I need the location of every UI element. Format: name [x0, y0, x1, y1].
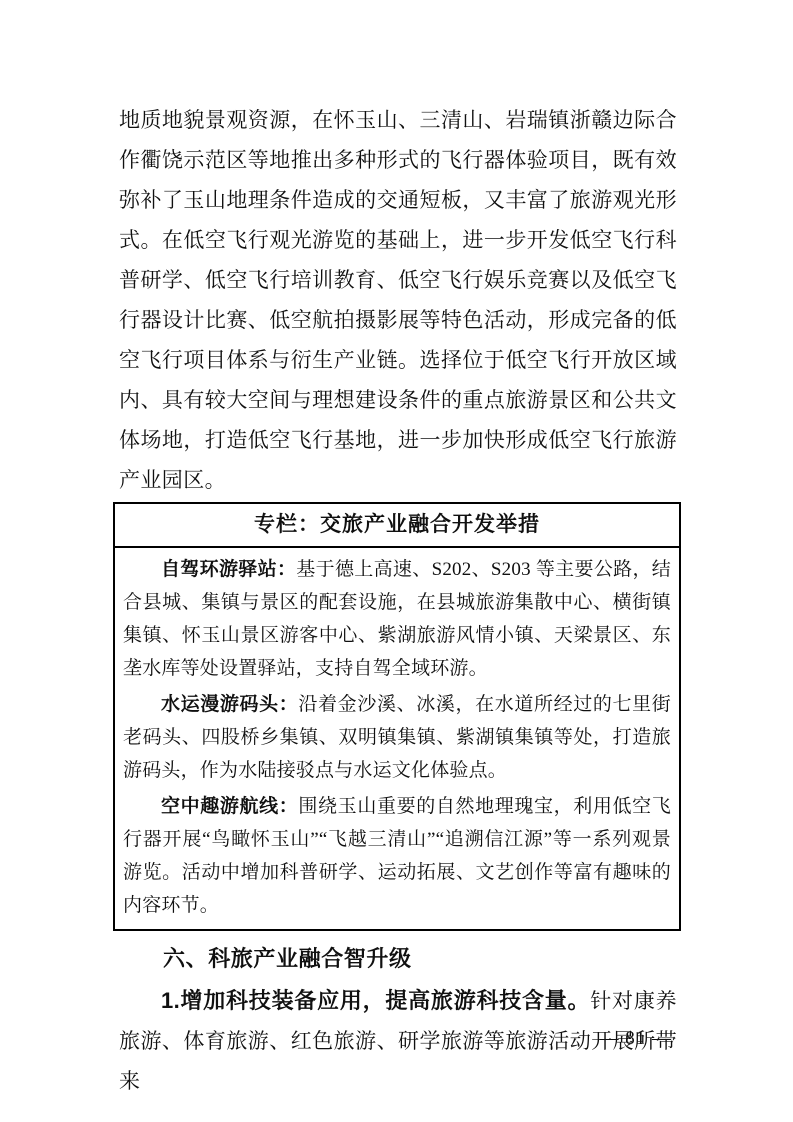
- paragraph-low-altitude-tourism: 地质地貌景观资源，在怀玉山、三清山、岩瑞镇浙赣边际合作衢饶示范区等地推出多种形式…: [119, 100, 677, 500]
- column-box: 专栏：交旅产业融合开发举措 自驾环游驿站：基于德上高速、S202、S203 等主…: [113, 502, 681, 931]
- box-item-label: 空中趣游航线：: [161, 796, 298, 817]
- section-heading-six: 六、科旅产业融合智升级: [119, 942, 677, 976]
- page-number: — 81 —: [600, 1028, 673, 1050]
- text-column: 地质地貌景观资源，在怀玉山、三清山、岩瑞镇浙赣边际合作衢饶示范区等地推出多种形式…: [119, 0, 677, 1101]
- box-item-self-driving: 自驾环游驿站：基于德上高速、S202、S203 等主要公路，结合县城、集镇与景区…: [123, 553, 671, 685]
- box-item-label: 水运漫游码头：: [161, 694, 298, 715]
- box-item-label: 自驾环游驿站：: [161, 559, 296, 580]
- paragraph-bold-lead: 1.增加科技装备应用，提高旅游科技含量。: [161, 988, 590, 1013]
- box-item-water-cruise: 水运漫游码头：沿着金沙溪、冰溪，在水道所经过的七里街老码头、四股桥乡集镇、双明镇…: [123, 688, 671, 787]
- column-box-title: 专栏：交旅产业融合开发举措: [115, 504, 679, 548]
- paragraph-tech-equipment: 1.增加科技装备应用，提高旅游科技含量。针对康养旅游、体育旅游、红色旅游、研学旅…: [119, 981, 677, 1101]
- column-box-body: 自驾环游驿站：基于德上高速、S202、S203 等主要公路，结合县城、集镇与景区…: [115, 548, 679, 929]
- box-item-air-route: 空中趣游航线：围绕玉山重要的自然地理瑰宝，利用低空飞行器开展“鸟瞰怀玉山”“飞越…: [123, 790, 671, 922]
- document-page: 地质地貌景观资源，在怀玉山、三清山、岩瑞镇浙赣边际合作衢饶示范区等地推出多种形式…: [0, 0, 793, 1122]
